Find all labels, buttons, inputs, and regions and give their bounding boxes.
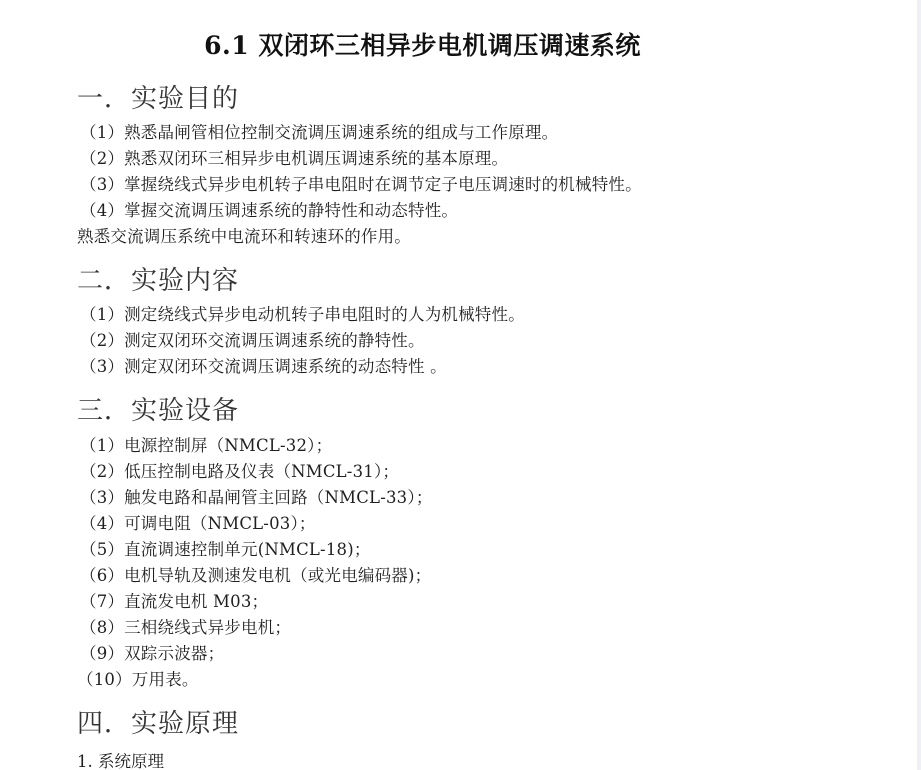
section-heading-equipment: 三．实验设备 [77, 390, 239, 427]
page-edge-divider [917, 0, 921, 770]
objective-extra: 熟悉交流调压系统中电流环和转速环的作用。 [77, 224, 411, 250]
equipment-item: （8）三相绕线式异步电机； [80, 615, 291, 641]
equipment-item: （10）万用表。 [77, 667, 199, 693]
equipment-item: （1）电源控制屏（NMCL-32）； [80, 433, 332, 459]
section-heading-content: 二．实验内容 [77, 260, 239, 297]
equipment-item: （7）直流发电机 M03； [80, 589, 268, 615]
equipment-item: （4）可调电阻（NMCL-03）； [80, 511, 316, 537]
content-item: （1）测定绕线式异步电动机转子串电阻时的人为机械特性。 [80, 302, 525, 328]
document-page: 6.1 双闭环三相异步电机调压调速系统 一．实验目的 （1）熟悉晶闸管相位控制交… [0, 0, 917, 770]
objective-item: （3）掌握绕线式异步电机转子串电阻时在调节定子电压调速时的机械特性。 [80, 172, 642, 198]
equipment-item: （6）电机导轨及测速发电机（或光电编码器)； [80, 563, 431, 589]
subsection-heading-system-principle: 1. 系统原理 [77, 748, 164, 770]
objective-item: （1）熟悉晶闸管相位控制交流调压调速系统的组成与工作原理。 [80, 120, 558, 146]
objective-item: （2）熟悉双闭环三相异步电机调压调速系统的基本原理。 [80, 146, 508, 172]
equipment-item: （2）低压控制电路及仪表（NMCL-31）； [80, 459, 399, 485]
section-heading-objectives: 一．实验目的 [77, 78, 239, 115]
section-heading-principle: 四．实验原理 [77, 703, 239, 740]
content-item: （3）测定双闭环交流调压调速系统的动态特性 。 [80, 354, 447, 380]
content-item: （2）测定双闭环交流调压调速系统的静特性。 [80, 328, 425, 354]
equipment-item: （5）直流调速控制单元(NMCL-18)； [80, 537, 371, 563]
equipment-item: （3）触发电路和晶闸管主回路（NMCL-33）； [80, 485, 433, 511]
equipment-item: （9）双踪示波器； [80, 641, 224, 667]
document-title: 6.1 双闭环三相异步电机调压调速系统 [0, 26, 845, 62]
objective-item: （4）掌握交流调压调速系统的静特性和动态特性。 [80, 198, 458, 224]
